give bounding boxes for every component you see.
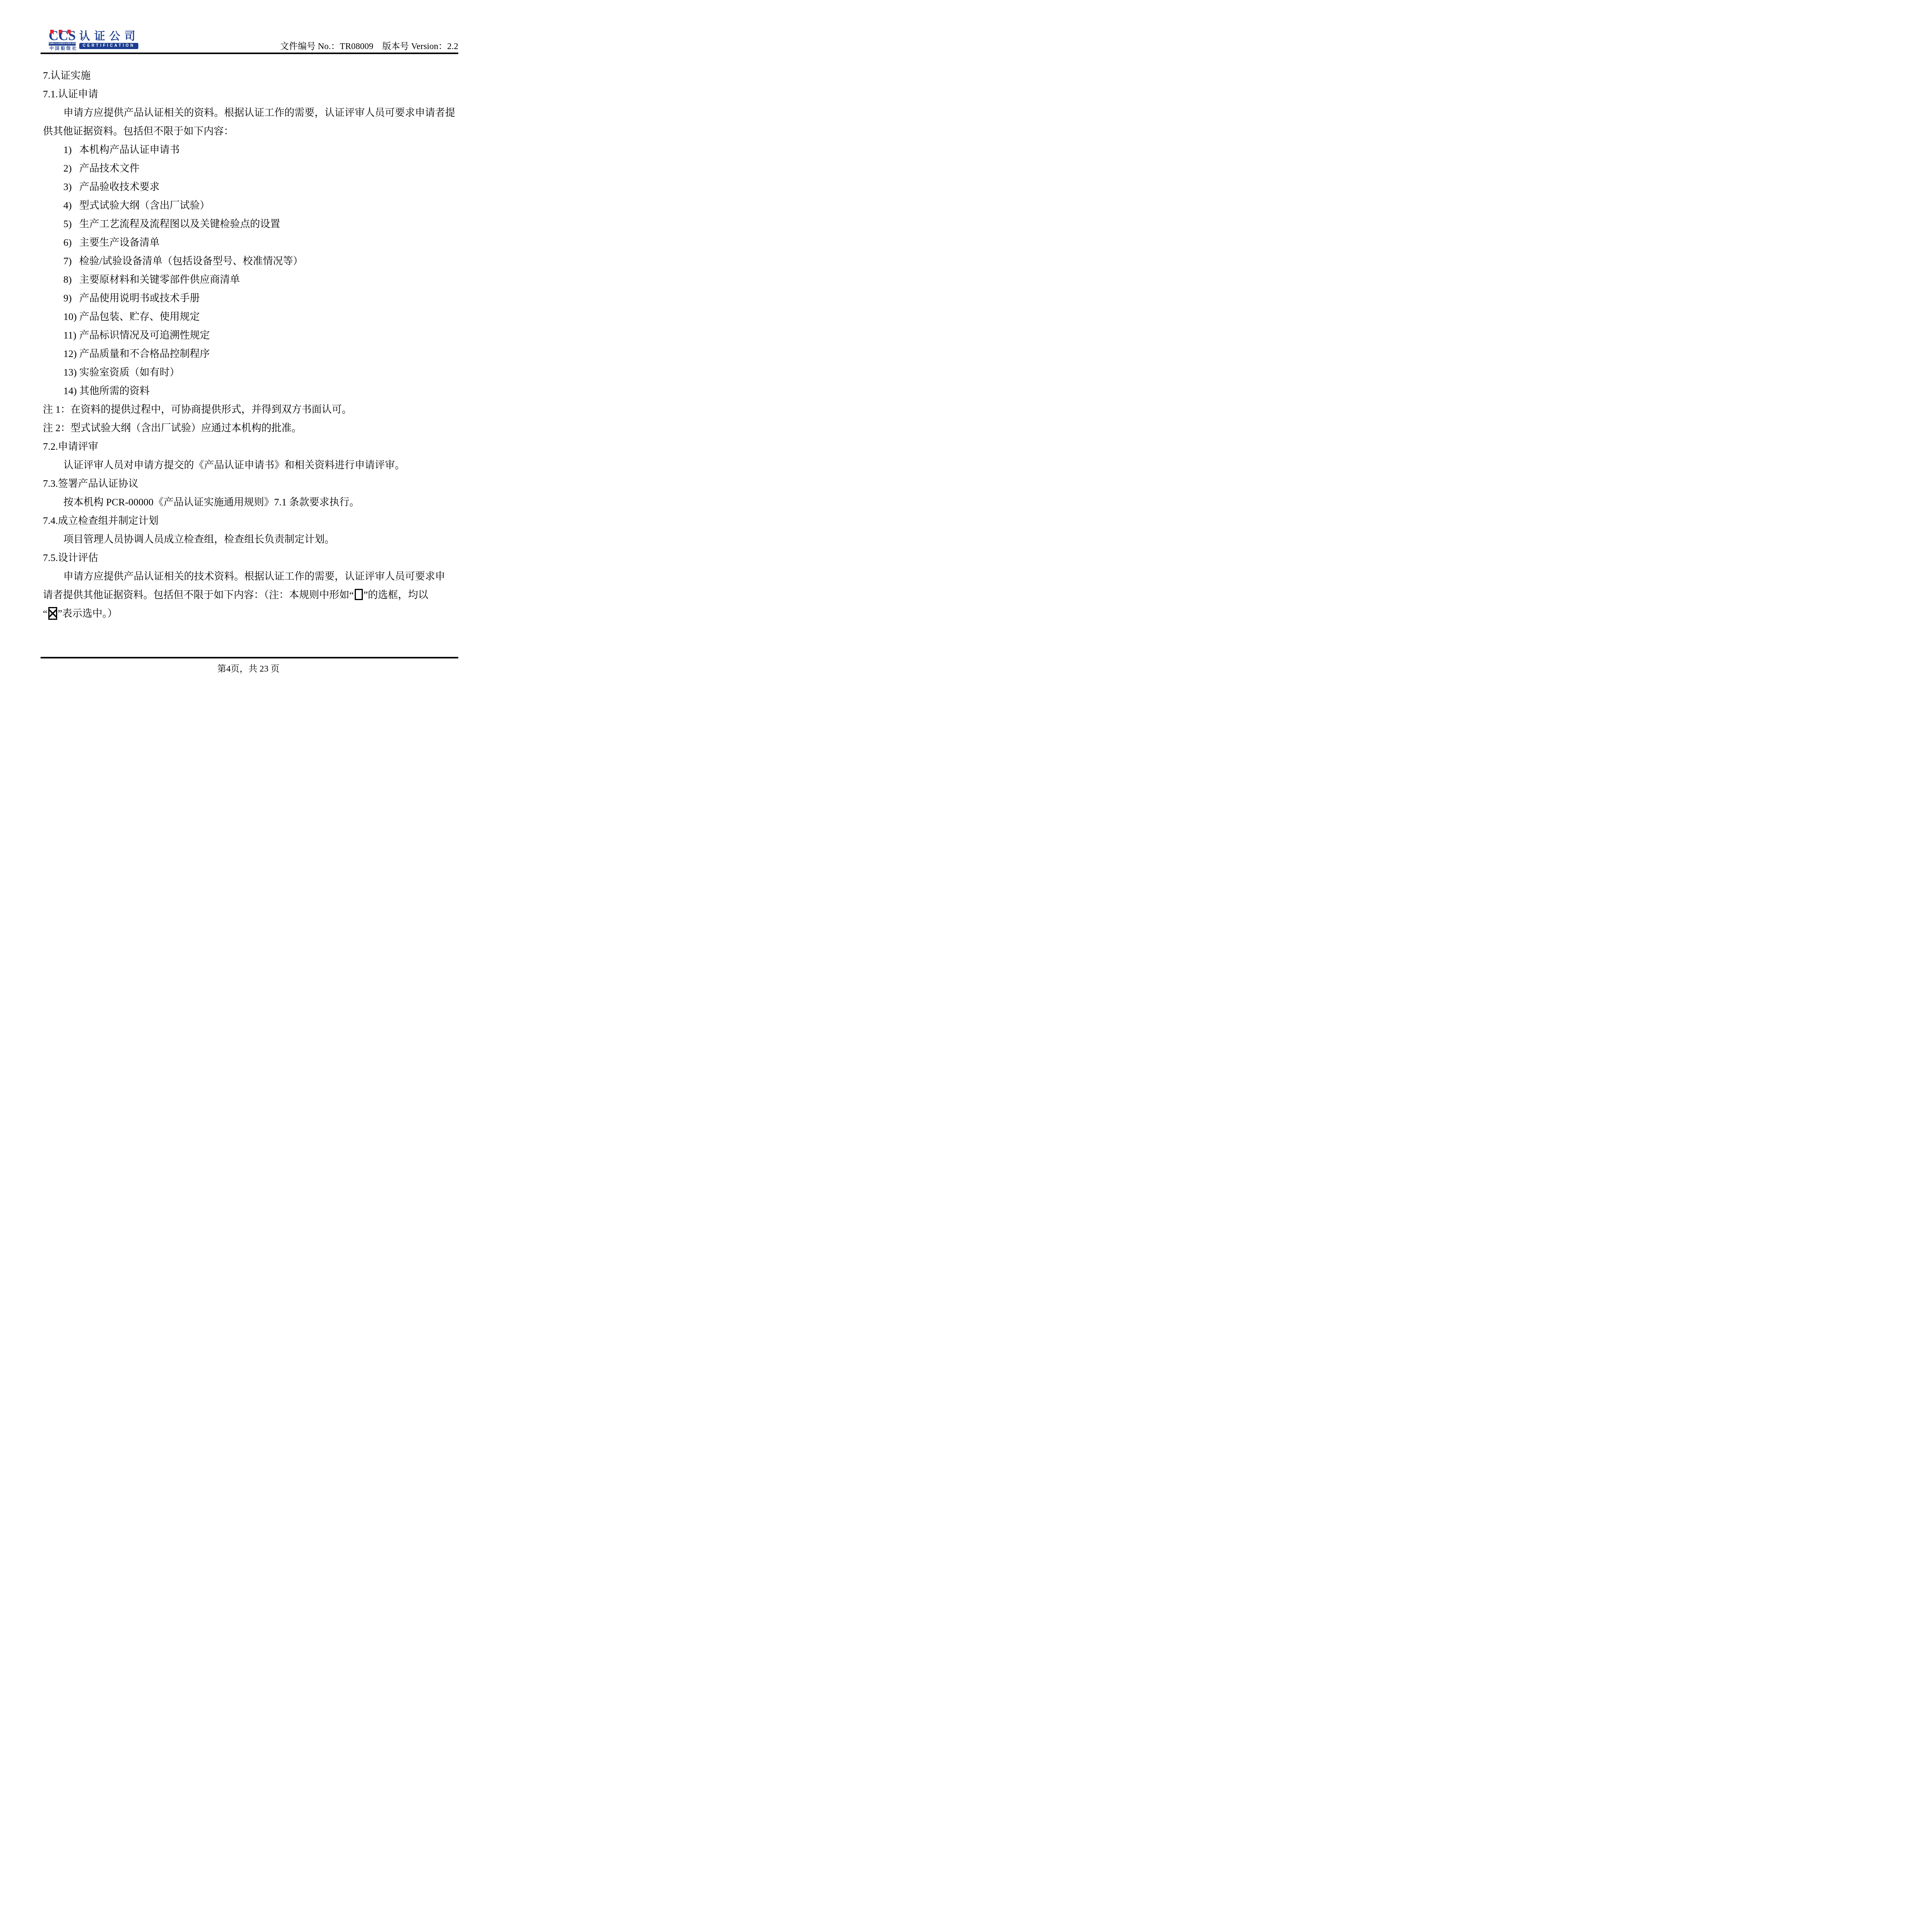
paragraph-7-5-line2-text: 请者提供其他证据资料。包括但不限于如下内容：（注：本规则中形如“ — [43, 589, 354, 600]
section-heading-7-1: 7.1.认证申请 — [43, 85, 457, 104]
list-item-text: 生产工艺流程及流程图以及关键检验点的设置 — [79, 218, 280, 230]
list-item-text: 产品使用说明书或技术手册 — [79, 293, 200, 304]
list-item-text: 产品标识情况及可追溯性规定 — [79, 330, 210, 341]
paragraph-7-4: 项目管理人员协调人员成立检查组，检查组长负责制定计划。 — [43, 530, 457, 549]
list-item-number: 3) — [63, 178, 79, 196]
list-item: 14)其他所需的资料 — [43, 382, 457, 400]
list-item: 6)主要生产设备清单 — [43, 233, 457, 252]
list-item: 7)检验/试验设备清单（包括设备型号、校准情况等） — [43, 252, 457, 270]
checkbox-empty-icon — [355, 589, 363, 600]
list-item-number: 11) — [63, 326, 79, 345]
ccs-logo-left: CCS CHINA CLASSIFICATION SOCIETY 中国船级社 — [49, 31, 76, 51]
list-item-number: 12) — [63, 345, 79, 363]
list-item: 3)产品验收技术要求 — [43, 178, 457, 196]
paragraph-7-5-line3-text: ”表示选中。） — [58, 608, 118, 619]
list-item-number: 6) — [63, 233, 79, 252]
certification-bar: CERTIFICATION — [79, 43, 138, 49]
paragraph-7-5-line2-text: ”的选框，均以 — [364, 589, 429, 600]
list-item-number: 9) — [63, 289, 79, 308]
document-number: 文件编号 No.：TR08009 版本号 Version：2.2 — [280, 41, 458, 52]
list-item: 12)产品质量和不合格品控制程序 — [43, 345, 457, 363]
list-item-text: 主要生产设备清单 — [79, 237, 160, 248]
list-item-number: 1) — [63, 141, 79, 159]
company-cn-label: 认证公司 — [79, 31, 138, 41]
list-item: 5)生产工艺流程及流程图以及关键检验点的设置 — [43, 215, 457, 233]
list-item-text: 其他所需的资料 — [79, 385, 150, 396]
list-item: 11)产品标识情况及可追溯性规定 — [43, 326, 457, 345]
list-item: 2)产品技术文件 — [43, 159, 457, 178]
list-item-text: 产品质量和不合格品控制程序 — [79, 348, 210, 359]
section-heading-7-4: 7.4.成立检查组并制定计划 — [43, 512, 457, 530]
list-item-number: 5) — [63, 215, 79, 233]
list-item: 13)实验室资质（如有时） — [43, 363, 457, 382]
section-heading-7-3: 7.3.签署产品认证协议 — [43, 474, 457, 493]
list-item-text: 本机构产品认证申请书 — [79, 144, 180, 155]
list-item-text: 产品验收技术要求 — [79, 181, 160, 192]
list-item-text: 产品技术文件 — [79, 163, 139, 174]
paragraph-7-5-line1: 申请方应提供产品认证相关的技术资料。根据认证工作的需要，认证评审人员可要求申 — [43, 567, 457, 586]
list-item: 1)本机构产品认证申请书 — [43, 141, 457, 159]
paragraph-7-5-line2: 请者提供其他证据资料。包括但不限于如下内容：（注：本规则中形如“”的选框，均以 — [43, 586, 457, 604]
page-number: 第4页，共 23 页 — [0, 663, 497, 675]
document-body: 7.认证实施 7.1.认证申请 申请方应提供产品认证相关的资料。根据认证工作的需… — [43, 66, 457, 623]
list-item-number: 4) — [63, 196, 79, 215]
ccs-logo-right: 认证公司 CERTIFICATION — [79, 31, 138, 51]
list-item: 4)型式试验大纲（含出厂试验） — [43, 196, 457, 215]
paragraph-7-1-line2: 供其他证据资料。包括但不限于如下内容： — [43, 122, 457, 141]
footer-divider — [41, 657, 458, 658]
paragraph-7-3: 按本机构 PCR-00000《产品认证实施通用规则》7.1 条款要求执行。 — [43, 493, 457, 512]
section-heading-7-5: 7.5.设计评估 — [43, 549, 457, 567]
document-page: CCS CHINA CLASSIFICATION SOCIETY 中国船级社 认… — [0, 0, 497, 705]
list-item-number: 14) — [63, 382, 79, 400]
list-item-number: 8) — [63, 270, 79, 289]
list-item-text: 检验/试验设备清单（包括设备型号、校准情况等） — [79, 255, 303, 267]
paragraph-7-5-line3: “”表示选中。） — [43, 604, 457, 623]
list-item-text: 产品包装、贮存、使用规定 — [79, 311, 200, 322]
header-divider — [41, 53, 458, 54]
checkbox-checked-icon — [48, 607, 57, 620]
list-item: 10)产品包装、贮存、使用规定 — [43, 308, 457, 326]
note-2: 注 2：型式试验大纲（含出厂试验）应通过本机构的批准。 — [43, 419, 457, 437]
section-heading-7-2: 7.2.申请评审 — [43, 437, 457, 456]
list-item-number: 2) — [63, 159, 79, 178]
section-heading-7: 7.认证实施 — [43, 66, 457, 85]
list-item: 9)产品使用说明书或技术手册 — [43, 289, 457, 308]
list-item: 8)主要原材料和关键零部件供应商清单 — [43, 270, 457, 289]
paragraph-7-5-line3-text: “ — [43, 608, 48, 619]
ccs-logo: CCS CHINA CLASSIFICATION SOCIETY 中国船级社 认… — [49, 31, 138, 51]
society-cn-label: 中国船级社 — [49, 46, 76, 51]
note-1: 注 1：在资料的提供过程中，可协商提供形式，并得到双方书面认可。 — [43, 400, 457, 419]
paragraph-7-2: 认证评审人员对申请方提交的《产品认证申请书》和相关资料进行申请评审。 — [43, 456, 457, 474]
list-item-number: 13) — [63, 363, 79, 382]
list-item-text: 型式试验大纲（含出厂试验） — [79, 200, 210, 211]
list-item-number: 10) — [63, 308, 79, 326]
list-item-text: 实验室资质（如有时） — [79, 367, 180, 378]
list-item-number: 7) — [63, 252, 79, 270]
paragraph-7-1-line1: 申请方应提供产品认证相关的资料。根据认证工作的需要，认证评审人员可要求申请者提 — [43, 104, 457, 122]
list-item-text: 主要原材料和关键零部件供应商清单 — [79, 274, 240, 285]
